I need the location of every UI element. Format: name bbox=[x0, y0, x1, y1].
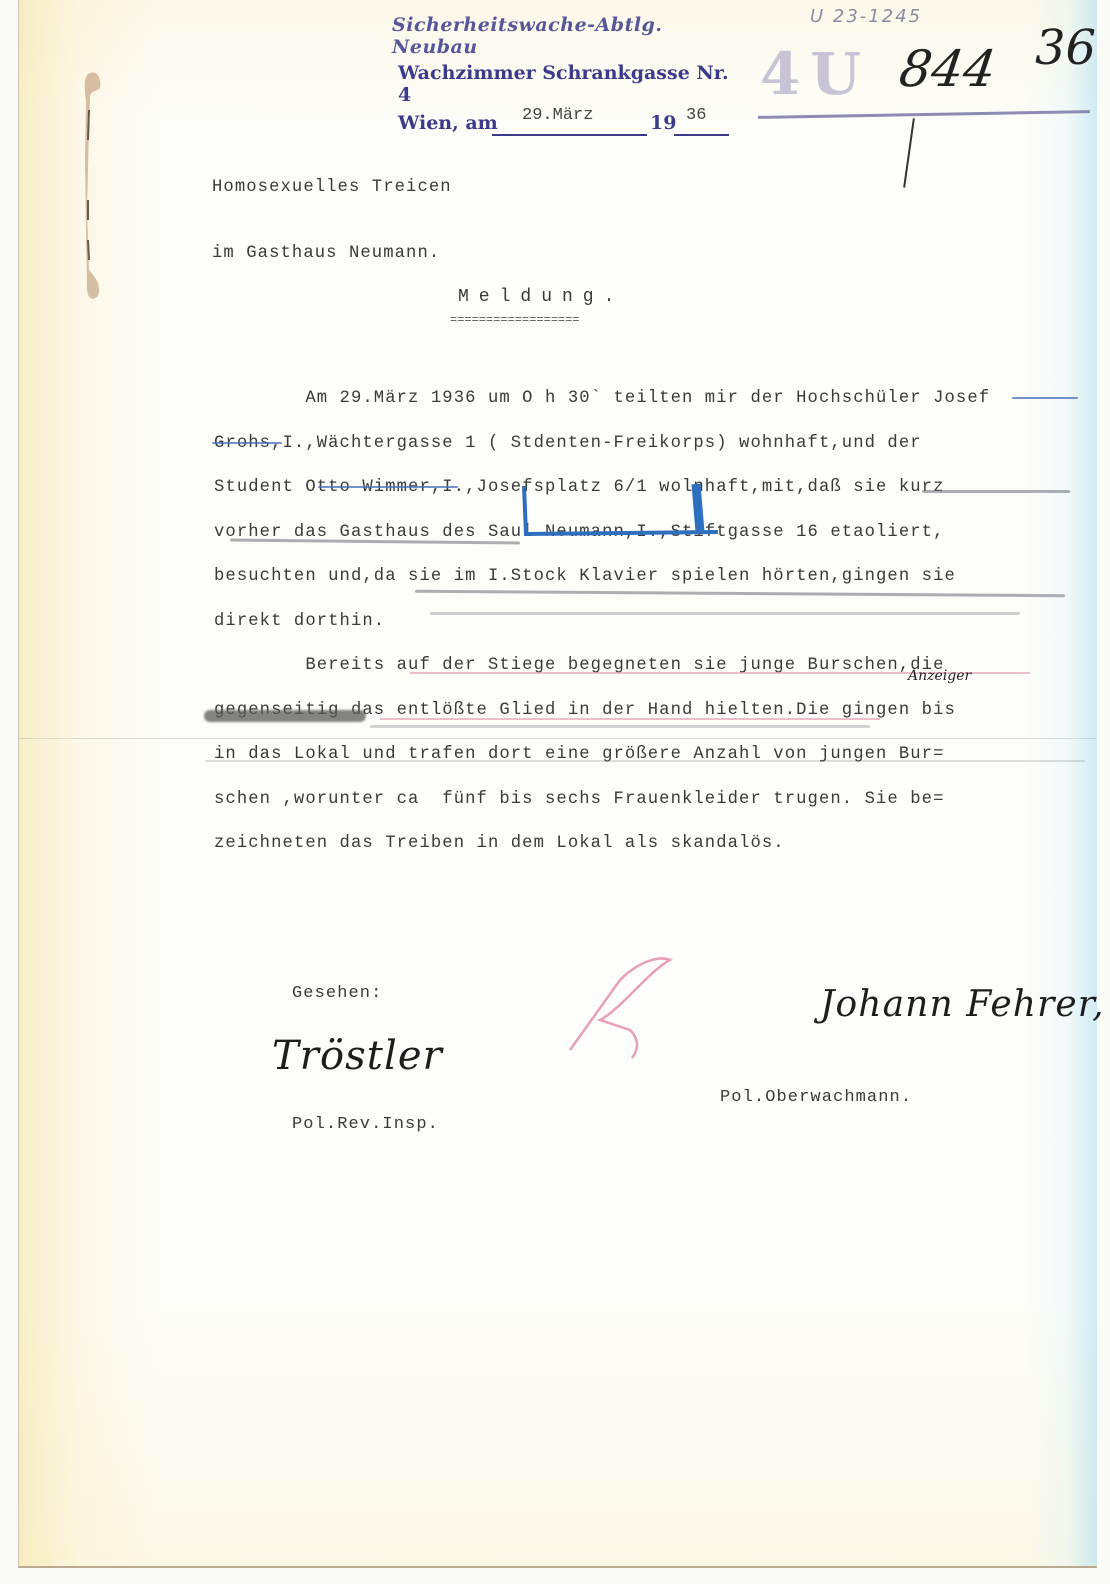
body-line: Am 29.März 1936 um O h 30` teilten mir d… bbox=[214, 377, 990, 422]
rank-officer: Pol.Oberwachmann. bbox=[720, 1088, 1105, 1107]
handwritten-file-number: 844 bbox=[896, 40, 1000, 98]
body-line: direkt dorthin. bbox=[214, 600, 990, 645]
document-title: Meldung. bbox=[458, 287, 624, 307]
body-line: zeichneten das Treiben in dem Lokal als … bbox=[214, 822, 990, 867]
title-underline: ================== bbox=[450, 313, 580, 327]
handwritten-annotation: Anzeiger bbox=[908, 668, 971, 684]
blue-pencil-bracket-mark bbox=[518, 482, 723, 542]
signature-block-left: Gesehen: Tröstler Pol.Rev.Insp. bbox=[292, 946, 443, 1153]
pencil-underline-lokal bbox=[205, 760, 1085, 762]
stamp-department: Sicherheitswache-Abtlg. Neubau bbox=[392, 14, 737, 58]
report-body: Am 29.März 1936 um O h 30` teilten mir d… bbox=[214, 377, 990, 867]
signature-officer: Johann Fehrer, bbox=[820, 984, 1105, 1038]
file-code-stamp: 4U bbox=[760, 40, 871, 108]
torn-punch-hole bbox=[80, 70, 106, 310]
blue-underline-otto-wimmer bbox=[318, 486, 458, 488]
stamp-year-prefix: 19 bbox=[650, 112, 676, 134]
red-pencil-check-mark bbox=[560, 950, 680, 1060]
pencil-reference-note: U 23-1245 bbox=[810, 6, 922, 27]
rank-inspector: Pol.Rev.Insp. bbox=[292, 1115, 443, 1134]
blue-underline-grohs bbox=[212, 442, 282, 444]
signature-block-right: Johann Fehrer, Pol.Oberwachmann. bbox=[720, 946, 1105, 1126]
body-line: Grohs,I.,Wächtergasse 1 ( Stdenten-Freik… bbox=[214, 422, 990, 467]
red-underline-glied bbox=[380, 718, 880, 720]
stamp-date-rule bbox=[492, 134, 647, 136]
subject-heading: Homosexuelles Treicen im Gasthaus Neuman… bbox=[212, 133, 452, 287]
body-line: schen ,worunter ca fünf bis sechs Frauen… bbox=[214, 778, 990, 823]
stamp-place: Wien, am bbox=[398, 112, 498, 134]
signature-inspector: Tröstler bbox=[272, 1033, 443, 1075]
stamp-year-rule bbox=[674, 134, 729, 136]
blue-underline-josef bbox=[1012, 397, 1078, 399]
pencil-underline-dorthin bbox=[430, 612, 1020, 615]
stamp-address: Wachzimmer Schrankgasse Nr. 4 bbox=[392, 62, 737, 106]
office-stamp: Sicherheitswache-Abtlg. Neubau Wachzimme… bbox=[392, 14, 737, 138]
subject-line-1: Homosexuelles Treicen bbox=[212, 177, 452, 199]
stamp-typed-date: 29.März bbox=[522, 106, 593, 125]
body-line: in das Lokal und trafen dort eine größer… bbox=[214, 733, 990, 778]
pencil-smear-gegenseitig bbox=[204, 710, 366, 722]
stamp-typed-year: 36 bbox=[686, 106, 706, 125]
pencil-underline-glied bbox=[370, 725, 870, 728]
subject-line-2: im Gasthaus Neumann. bbox=[212, 243, 452, 265]
handwritten-year: 36 bbox=[1035, 20, 1096, 76]
body-line: Bereits auf der Stiege begegneten sie ju… bbox=[214, 644, 990, 689]
seen-label: Gesehen: bbox=[292, 984, 443, 1003]
pencil-underline-sie-kurz bbox=[922, 490, 1070, 493]
